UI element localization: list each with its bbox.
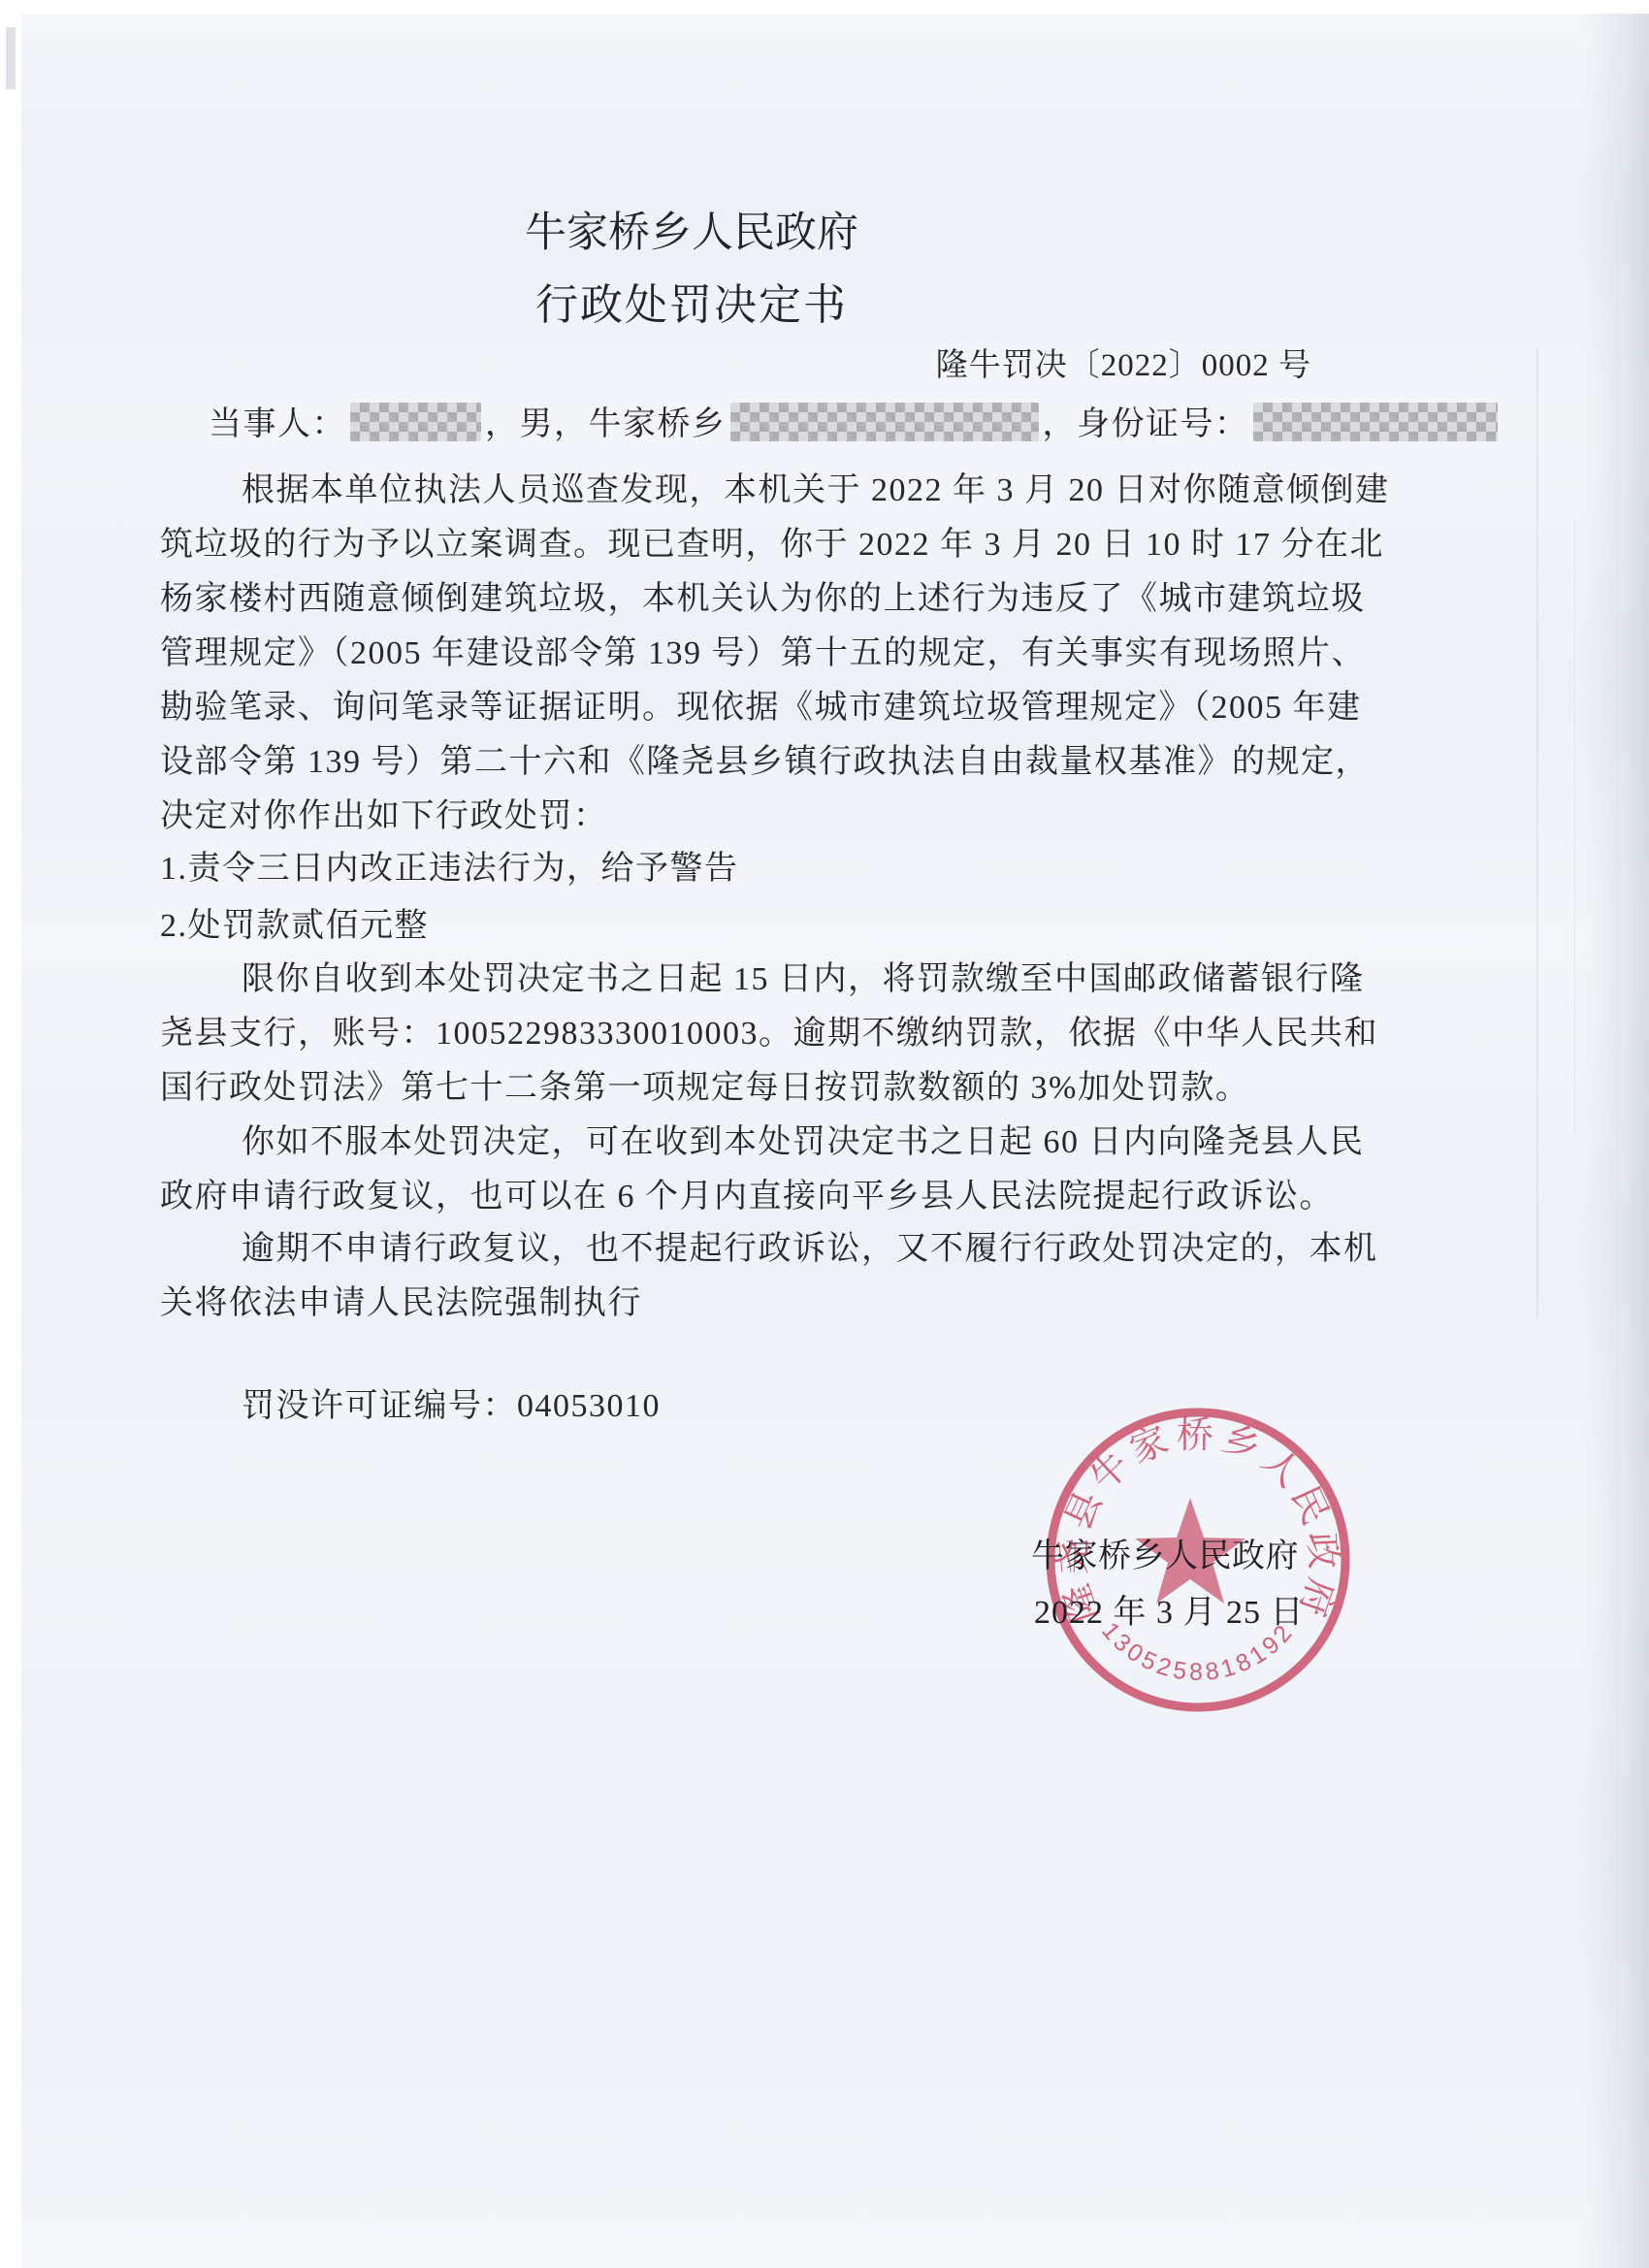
body-line: 尧县支行，账号：100522983330010003。逾期不缴纳罚款，依据《中华…	[160, 1007, 1503, 1061]
signature-org: 牛家桥乡人民政府	[1031, 1529, 1299, 1576]
scan-artifact-line	[1574, 518, 1575, 1139]
body-line: 决定对你作出如下行政处罚：	[160, 790, 1503, 844]
redacted-name-block	[350, 403, 481, 441]
party-id-label: ，身份证号：	[1043, 406, 1249, 442]
body-line: 杨家楼村西随意倾倒建筑垃圾，本机关认为你的上述行为违反了《城市建筑垃圾	[160, 572, 1503, 627]
penalty-items: 1.责令三日内改正违法行为，给予警告 2.处罚款贰佰元整	[160, 840, 1503, 955]
penalty-item-2: 2.处罚款贰佰元整	[160, 897, 1503, 955]
scan-corner-artifact	[6, 27, 16, 89]
signature-date: 2022 年 3 月 25 日	[1034, 1585, 1305, 1633]
paragraph-appeal: 你如不服本处罚决定，可在收到本处罚决定书之日起 60 日内向隆尧县人民 政府申请…	[160, 1116, 1503, 1224]
body-line: 设部令第 139 号）第二十六和《隆尧县乡镇行政执法自由裁量权基准》的规定，	[160, 735, 1503, 790]
paragraph-facts: 根据本单位执法人员巡查发现，本机关于 2022 年 3 月 20 日对你随意倾倒…	[160, 464, 1503, 844]
body-line: 根据本单位执法人员巡查发现，本机关于 2022 年 3 月 20 日对你随意倾倒…	[160, 464, 1503, 518]
page-title: 行政处罚决定书	[0, 270, 1383, 332]
body-line: 限你自收到本处罚决定书之日起 15 日内，将罚款缴至中国邮政储蓄银行隆	[160, 953, 1503, 1007]
body-line: 勘验笔录、询问笔录等证据证明。现依据《城市建筑垃圾管理规定》（2005 年建	[160, 681, 1503, 735]
scan-artifact-line	[1617, 208, 1618, 2051]
penalty-item-1: 1.责令三日内改正违法行为，给予警告	[160, 840, 1503, 897]
body-line: 关将依法申请人民法院强制执行	[160, 1277, 1503, 1331]
paragraph-payment: 限你自收到本处罚决定书之日起 15 日内，将罚款缴至中国邮政储蓄银行隆 尧县支行…	[160, 953, 1503, 1116]
body-line: 你如不服本处罚决定，可在收到本处罚决定书之日起 60 日内向隆尧县人民	[160, 1116, 1503, 1170]
body-line: 筑垃圾的行为予以立案调查。现已查明，你于 2022 年 3 月 20 日 10 …	[160, 518, 1503, 572]
body-line: 逾期不申请行政复议，也不提起行政诉讼，又不履行行政处罚决定的，本机	[160, 1222, 1503, 1277]
scan-edge-shadow	[1581, 14, 1649, 2268]
paragraph-enforcement: 逾期不申请行政复议，也不提起行政诉讼，又不履行行政处罚决定的，本机 关将依法申请…	[160, 1222, 1503, 1331]
doc-number: 隆牛罚决〔2022〕0002 号	[157, 340, 1311, 385]
party-label: 当事人：	[209, 406, 346, 442]
party-gender-segment: ，男，牛家桥乡	[485, 406, 727, 442]
body-line: 国行政处罚法》第七十二条第一项规定每日按罚款数额的 3%加处罚款。	[160, 1061, 1503, 1116]
redacted-id-block	[1253, 403, 1498, 441]
scan-artifact-line	[1536, 348, 1538, 1318]
party-line: 当事人：，男，牛家桥乡，身份证号：	[160, 398, 1502, 452]
org-title: 牛家桥乡人民政府	[0, 200, 1383, 259]
redacted-address-block	[730, 403, 1039, 441]
body-line: 管理规定》（2005 年建设部令第 139 号）第十五的规定，有关事实有现场照片…	[160, 627, 1503, 681]
body-line: 政府申请行政复议，也可以在 6 个月内直接向平乡县人民法院提起行政诉讼。	[160, 1170, 1503, 1224]
